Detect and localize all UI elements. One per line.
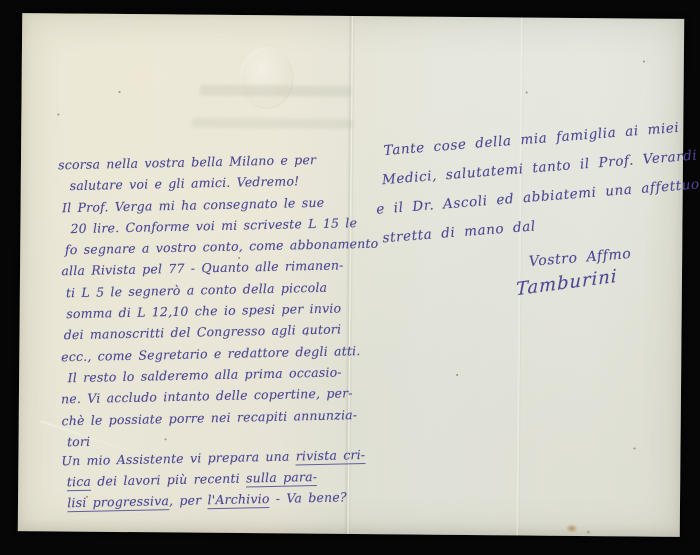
underlined-phrase: sulla para-: [246, 469, 318, 487]
foxing-speck: [305, 334, 307, 336]
foxing-speck: [57, 113, 59, 115]
foxing-speck: [86, 496, 88, 498]
brown-stain: [566, 524, 578, 533]
foxing-speck: [633, 447, 635, 449]
underlined-phrase: rivista cri-: [296, 447, 366, 465]
foxing-speck: [643, 61, 645, 63]
embossed-letterhead-text-line: [191, 118, 353, 129]
foxing-speck: [456, 374, 458, 376]
embossed-letterhead-crest: [239, 47, 294, 109]
foxing-speck: [119, 91, 121, 93]
line-text: - Va bene?: [269, 490, 347, 507]
right-page-text: Tante cose della mia famiglia ai miei Me…: [369, 120, 691, 311]
foxing-speck: [238, 257, 240, 259]
underlined-phrase: tica: [67, 474, 92, 492]
photo-background: scorsa nella vostra bella Milano e per s…: [0, 0, 700, 555]
line-text: , per: [169, 493, 208, 509]
letter-sheet: scorsa nella vostra bella Milano e per s…: [18, 13, 684, 537]
embossed-letterhead-text-line: [200, 85, 352, 97]
underlined-phrase: lisi progressiva: [67, 494, 169, 513]
underlined-phrase: l'Archivio: [207, 491, 269, 509]
left-page-text: scorsa nella vostra bella Milano e per s…: [55, 151, 362, 517]
line-text: dei lavori più recenti: [91, 471, 246, 489]
foxing-speck: [165, 438, 167, 440]
foxing-speck: [526, 92, 528, 94]
brown-stain: [586, 530, 591, 534]
